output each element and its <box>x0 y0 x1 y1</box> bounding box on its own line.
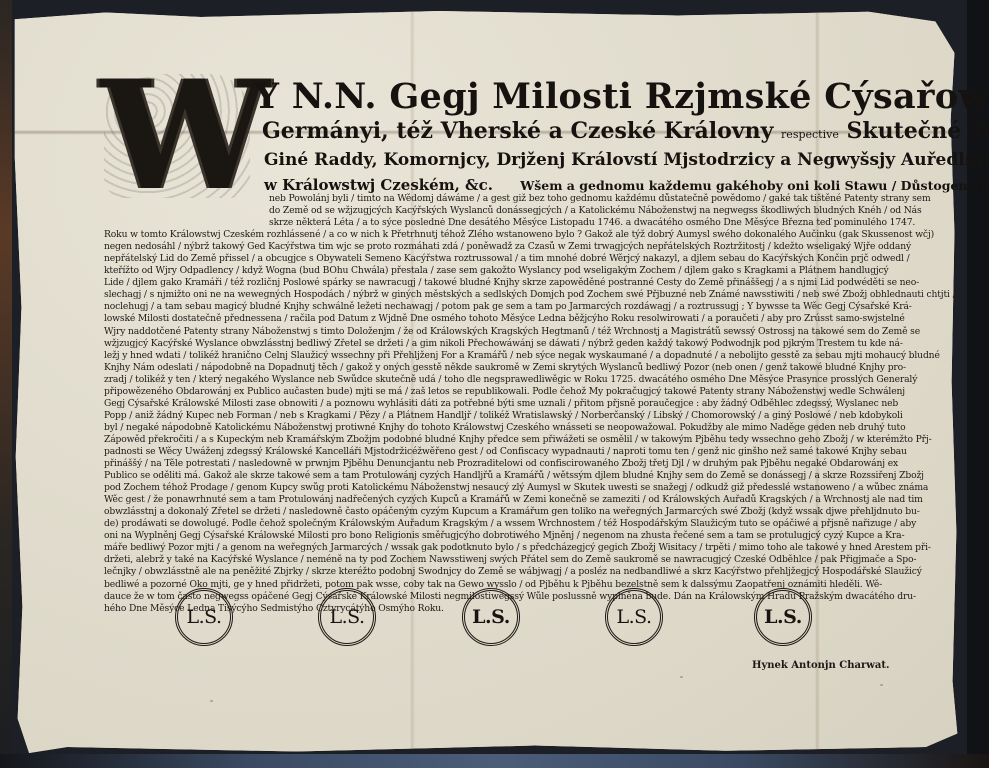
background-bottom-edge <box>0 754 989 768</box>
body-line: přináššý / na Těle potrestati / nasledow… <box>104 458 972 470</box>
seal-ls-2: L.S. <box>318 588 376 646</box>
body-line: lečnjky / obwzlásstně ale na peněžité Zb… <box>104 566 972 578</box>
body-line: padnosti se Wěcy Uwáženj zdegssý Králows… <box>104 446 972 458</box>
title-line-2-main: Germányi, též Vherské a Czeské Královny <box>262 118 773 144</box>
body-line: Wěc gest / že ponawrhnuté sem a tam Prot… <box>104 494 972 506</box>
body-line: Roku w tomto Králowstwj Czeském rozhláss… <box>104 229 972 241</box>
body-line: byl / negaké nápodobně Katolickému Nábož… <box>104 422 972 434</box>
seal-ls-1: L.S. <box>175 588 233 646</box>
body-line: oni na Wyplněnj Gegj Cýsařské Králowské … <box>104 530 972 542</box>
body-line: de) prodáwati se dowolugé. Podle čehož s… <box>104 518 972 530</box>
signature: Hynek Antonjn Charwat. <box>752 660 889 671</box>
body-line: připowězeného Obdarowánj ex Publico auča… <box>104 386 972 398</box>
body-line: Gegj Cýsařské Králowské Milosti zase obn… <box>104 398 972 410</box>
body-line: nepřátelský Lid do Země přissel / a obcu… <box>104 253 972 265</box>
seal-row: L.S. L.S. L.S. L.S. L.S. <box>0 588 989 658</box>
body-line: lowské Milosti dostatečně přednessena / … <box>104 313 972 325</box>
body-line: zradj / tolikéž y ten / který negakého W… <box>104 374 972 386</box>
body-line: Knjhy Nám odeslati / nápodobně na Dopadn… <box>104 362 972 374</box>
body-line: Zápowěd překročiti / a s Kupeckým neb Kr… <box>104 434 972 446</box>
body-line: slechagj / s njmižto oni ne na wewegných… <box>104 289 972 301</box>
body-line: kteřížto od Wjry Odpadlency / když Wogna… <box>104 265 972 277</box>
title-line-4-lead: Wšem a gednomu každemu gakéhoby oni koli… <box>520 178 989 193</box>
title-line-2-end: Skutečné Tegné y <box>847 118 989 144</box>
decorated-initial-letter: W <box>100 72 250 200</box>
seal-ls-3: L.S. <box>462 588 520 646</box>
body-line: negen nedosáhl / nýbrž takowý Ged Kacýřs… <box>104 241 972 253</box>
body-line: ležj y hned wdati / tolikéž hranično Cel… <box>104 350 972 362</box>
title-line-3: Giné Raddy, Komornjcy, Drjženj Královstí… <box>264 150 989 170</box>
body-line: skrze některá Léta / a to sýce poslednė … <box>104 217 972 229</box>
title-line-2: Germányi, též Vherské a Czeské Královny … <box>262 118 989 144</box>
body-line: Popp / aniž žádný Kupec neb Forman / neb… <box>104 410 972 422</box>
body-line: Publico se oděliti má. Gakož ale skrze t… <box>104 470 972 482</box>
body-line: obwzlásstnj a dokonalý Zřetel se držeti … <box>104 506 972 518</box>
body-line: wžjzugjcý Kacýřské Wyslance obwzlásstnj … <box>104 338 972 350</box>
body-line: Wjry naddotčené Patenty strany Náboženst… <box>104 326 972 338</box>
paper-stain <box>210 700 213 702</box>
body-line: držeti, alebrž y také na Kacýřské Wyslan… <box>104 554 972 566</box>
decree-body: neb Powolánj byli / timto na Wědomj dáwá… <box>104 193 972 615</box>
body-line: noclehugj / a tam sebau magicý bludné Kn… <box>104 301 972 313</box>
title-line-2-respective: respective <box>781 128 839 141</box>
seal-ls-5: L.S. <box>754 588 812 646</box>
body-line: máře bedliwý Pozor mjti / a genom na weř… <box>104 542 972 554</box>
title-line-1: Y N.N. Gegj Milosti Rzjmské Cýsařowny, w <box>254 76 989 117</box>
body-line: pod Zochem téhož Prodage / genom Kupcy s… <box>104 482 972 494</box>
paper-stain <box>680 676 683 678</box>
seal-ls-4: L.S. <box>605 588 663 646</box>
body-line: do Země od se wžjzugjcých Kacýřských Wys… <box>104 205 972 217</box>
title-line-4: w Králowstwj Czeském, &c. Wšem a gednomu… <box>264 176 989 194</box>
paper-stain <box>880 684 883 686</box>
body-line: neb Powolánj byli / timto na Wědomj dáwá… <box>104 193 972 205</box>
title-line-4-text: w Králowstwj Czeském, &c. <box>264 176 493 194</box>
body-line: Lide / djlem gako Kramáři / též rozličnj… <box>104 277 972 289</box>
